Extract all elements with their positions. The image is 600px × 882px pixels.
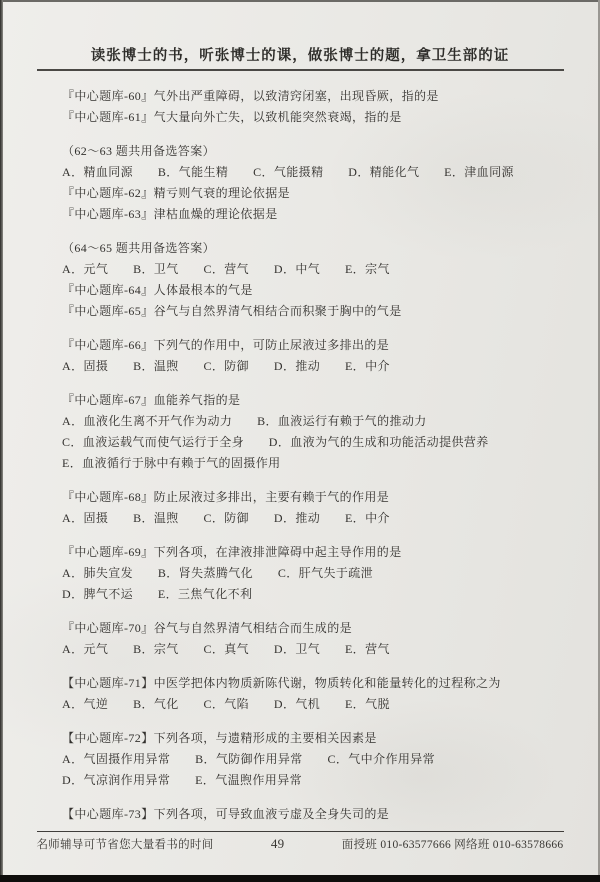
answer-note-64-65: （64～65 题共用备选答案） bbox=[62, 238, 574, 259]
options-line-67-e: E．血液循行于脉中有赖于气的固摄作用 bbox=[62, 453, 574, 474]
question-line-70: 『中心题库-70』谷气与自然界清气相结合而生成的是 bbox=[62, 618, 574, 639]
options-line-72-de: D．气凉润作用异常 E．气温煦作用异常 bbox=[62, 770, 574, 791]
question-line-67: 『中心题库-67』血能养气指的是 bbox=[62, 390, 574, 411]
scan-edge-left bbox=[0, 0, 3, 882]
footer-rule bbox=[37, 831, 564, 832]
options-line-67-ab: A．血液化生离不开气作为动力 B．血液运行有赖于气的推动力 bbox=[62, 411, 574, 432]
footer-left-slogan: 名师辅导可节省您大量看书的时间 bbox=[37, 836, 214, 852]
header-rule bbox=[37, 69, 564, 71]
footer-contact-numbers: 面授班 010-63577666 网络班 010-63578666 bbox=[342, 836, 564, 852]
options-line-69-ac: A．肺失宣发 B．肾失蒸腾气化 C．肝气失于疏泄 bbox=[62, 563, 574, 584]
options-line-68: A．固摄 B．温煦 C．防御 D．推动 E．中介 bbox=[62, 508, 574, 529]
options-line-71: A．气逆 B．气化 C．气陷 D．气机 E．气脱 bbox=[62, 694, 574, 715]
question-line-61: 『中心题库-61』气大量向外亡失，以致机能突然衰竭，指的是 bbox=[62, 107, 574, 128]
options-line-67-cd: C．血液运载气而使气运行于全身 D．血液为气的生成和功能活动提供营养 bbox=[62, 432, 574, 453]
page-number: 49 bbox=[271, 836, 285, 852]
question-line-62: 『中心题库-62』精亏则气衰的理论依据是 bbox=[62, 183, 574, 204]
scanned-exam-page: 读张博士的书，听张博士的课，做张博士的题，拿卫生部的证 『中心题库-60』气外出… bbox=[0, 0, 600, 882]
question-line-69: 『中心题库-69』下列各项，在津液排泄障碍中起主导作用的是 bbox=[62, 542, 574, 563]
scan-edge-top bbox=[0, 0, 600, 2]
answer-note-62-63: （62～63 题共用备选答案） bbox=[62, 141, 574, 162]
page-header: 读张博士的书，听张博士的课，做张博士的题，拿卫生部的证 bbox=[0, 44, 600, 71]
scan-edge-bottom bbox=[0, 875, 600, 882]
question-line-65: 『中心题库-65』谷气与自然界清气相结合而积聚于胸中的气是 bbox=[62, 301, 574, 322]
options-line-69-de: D．脾气不运 E．三焦气化不利 bbox=[62, 584, 574, 605]
question-line-60: 『中心题库-60』气外出严重障碍，以致清窍闭塞，出现昏厥，指的是 bbox=[62, 86, 574, 107]
options-line-66: A．固摄 B．温煦 C．防御 D．推动 E．中介 bbox=[62, 356, 574, 377]
question-line-68: 『中心题库-68』防止尿液过多排出，主要有赖于气的作用是 bbox=[62, 487, 574, 508]
question-line-64: 『中心题库-64』人体最根本的气是 bbox=[62, 280, 574, 301]
question-line-63: 『中心题库-63』津枯血燥的理论依据是 bbox=[62, 204, 574, 225]
question-list: 『中心题库-60』气外出严重障碍，以致清窍闭塞，出现昏厥，指的是 『中心题库-6… bbox=[62, 86, 574, 825]
header-slogan: 读张博士的书，听张博士的课，做张博士的题，拿卫生部的证 bbox=[0, 44, 600, 65]
options-line-72-ac: A．气固摄作用异常 B．气防御作用异常 C．气中介作用异常 bbox=[62, 749, 574, 770]
options-line-64-65: A．元气 B．卫气 C．营气 D．中气 E．宗气 bbox=[62, 259, 574, 280]
question-line-66: 『中心题库-66』下列气的作用中，可防止尿液过多排出的是 bbox=[62, 335, 574, 356]
question-line-71: 【中心题库-71】中医学把体内物质新陈代谢，物质转化和能量转化的过程称之为 bbox=[62, 673, 574, 694]
page-footer: 名师辅导可节省您大量看书的时间 49 面授班 010-63577666 网络班 … bbox=[0, 831, 600, 852]
question-line-73: 【中心题库-73】下列各项，可导致血液亏虚及全身失司的是 bbox=[62, 804, 574, 825]
question-line-72: 【中心题库-72】下列各项，与遗精形成的主要相关因素是 bbox=[62, 728, 574, 749]
options-line-62-63: A．精血同源 B．气能生精 C．气能摄精 D．精能化气 E．津血同源 bbox=[62, 162, 574, 183]
options-line-70: A．元气 B．宗气 C．真气 D．卫气 E．营气 bbox=[62, 639, 574, 660]
